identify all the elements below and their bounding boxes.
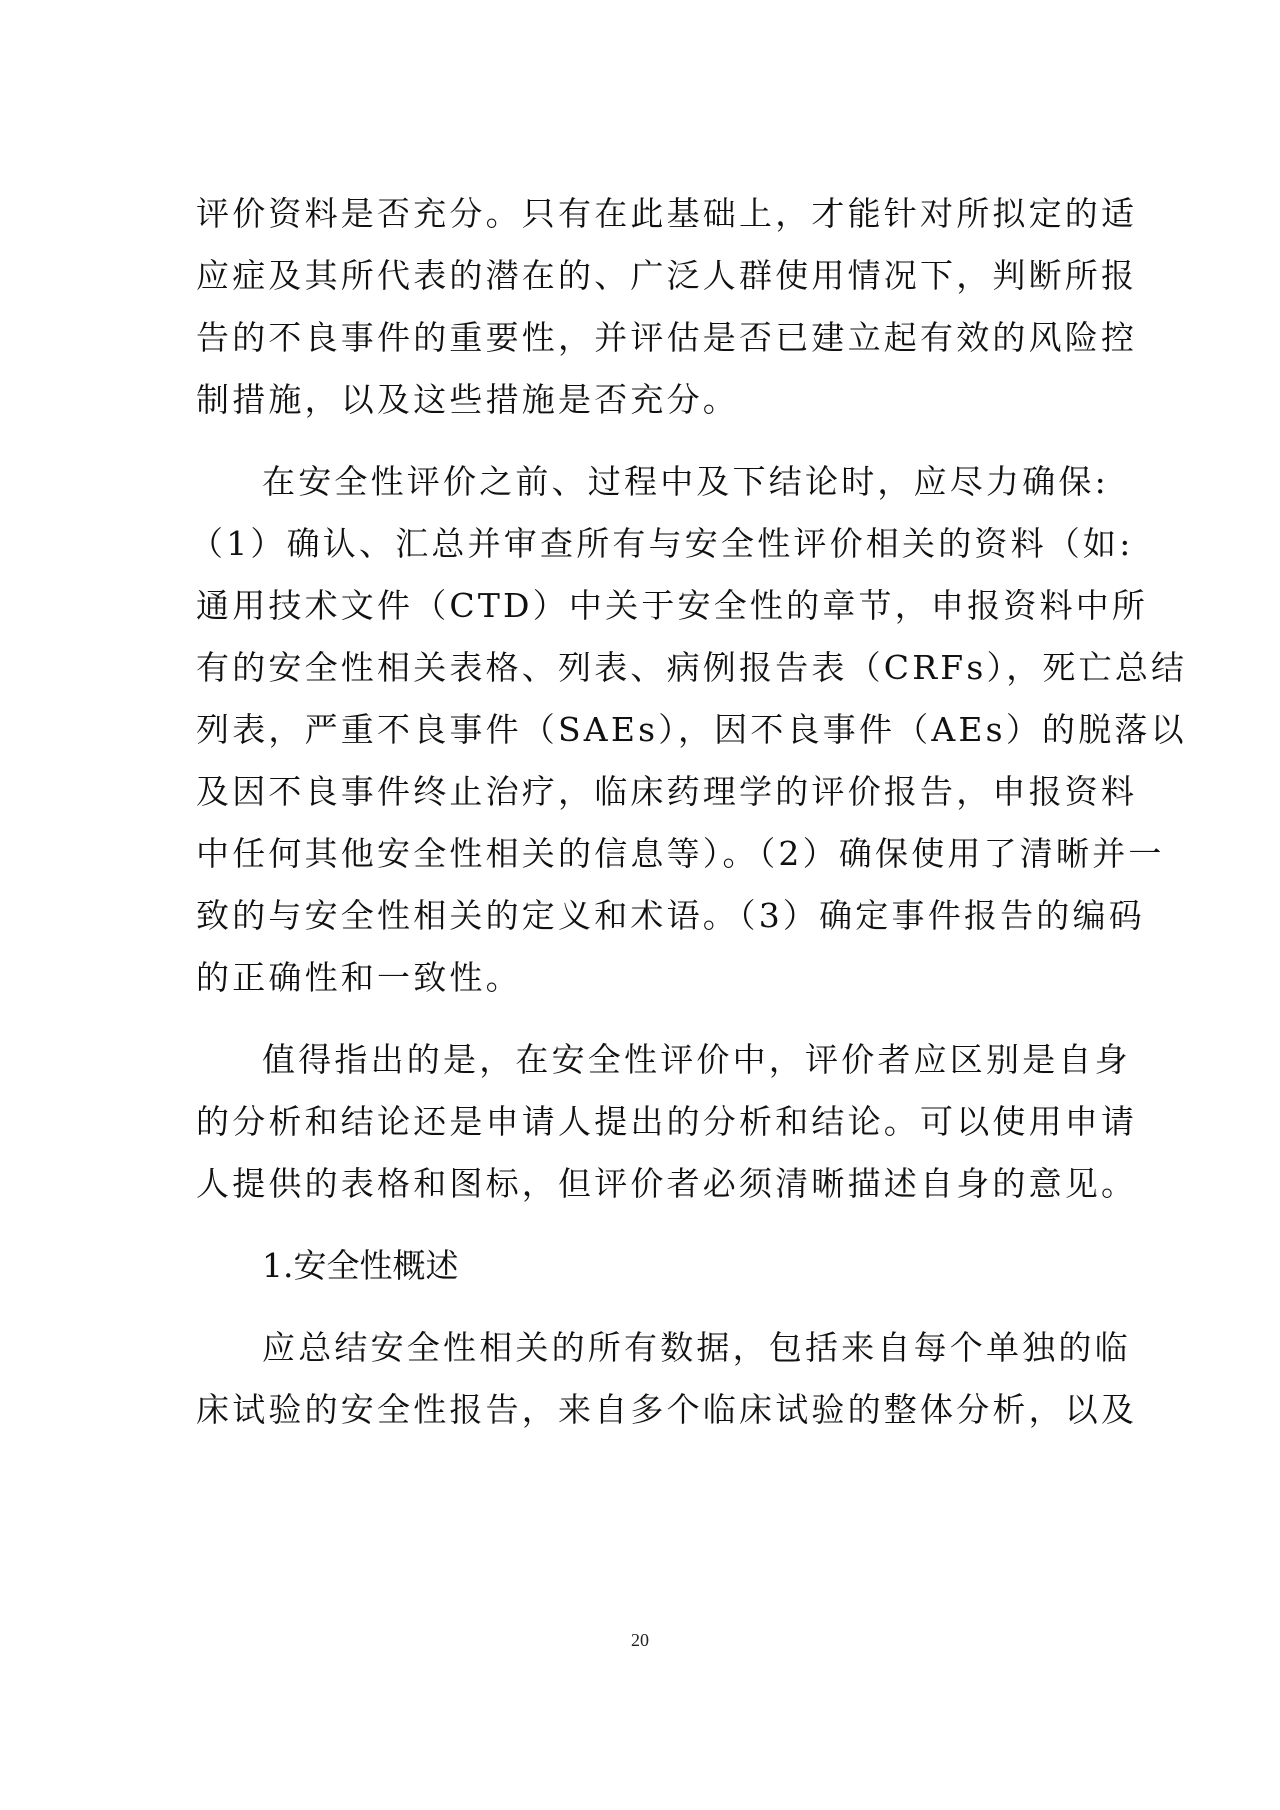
- document-page: 评价资料是否充分。只有在此基础上，才能针对所拟定的适 应症及其所代表的潜在的、广…: [0, 0, 1280, 1810]
- paragraph-line: 评价资料是否充分。只有在此基础上，才能针对所拟定的适: [196, 194, 1096, 234]
- paragraph-line: 人提供的表格和图标，但评价者必须清晰描述自身的意见。: [196, 1164, 1096, 1204]
- paragraph-line: 床试验的安全性报告，来自多个临床试验的整体分析，以及: [196, 1390, 1096, 1430]
- page-number: 20: [0, 1630, 1280, 1651]
- paragraph-line: 通用技术文件（CTD）中关于安全性的章节，申报资料中所: [196, 586, 1096, 626]
- paragraph-line: 应总结安全性相关的所有数据，包括来自每个单独的临: [262, 1328, 1162, 1368]
- paragraph-line: 值得指出的是，在安全性评价中，评价者应区别是自身: [262, 1040, 1162, 1080]
- paragraph-line: 在安全性评价之前、过程中及下结论时，应尽力确保:: [262, 462, 1162, 502]
- paragraph-line: 列表，严重不良事件（SAEs），因不良事件（AEs）的脱落以: [196, 710, 1096, 750]
- paragraph-line: 应症及其所代表的潜在的、广泛人群使用情况下，判断所报: [196, 256, 1096, 296]
- paragraph-line: 中任何其他安全性相关的信息等）。（2）确保使用了清晰并一: [196, 834, 1096, 874]
- paragraph-line: 告的不良事件的重要性，并评估是否已建立起有效的风险控: [196, 318, 1096, 358]
- paragraph-line: 的正确性和一致性。: [196, 958, 1096, 998]
- paragraph-line: 及因不良事件终止治疗，临床药理学的评价报告，申报资料: [196, 772, 1096, 812]
- paragraph-line: 致的与安全性相关的定义和术语。（3）确定事件报告的编码: [196, 896, 1096, 936]
- paragraph-line: 有的安全性相关表格、列表、病例报告表（CRFs），死亡总结: [196, 648, 1096, 688]
- paragraph-line: （1）确认、汇总并审查所有与安全性评价相关的资料（如:: [190, 524, 1090, 564]
- section-heading: 1.安全性概述: [262, 1246, 1162, 1286]
- paragraph-line: 的分析和结论还是申请人提出的分析和结论。可以使用申请: [196, 1102, 1096, 1142]
- paragraph-line: 制措施，以及这些措施是否充分。: [196, 380, 1096, 420]
